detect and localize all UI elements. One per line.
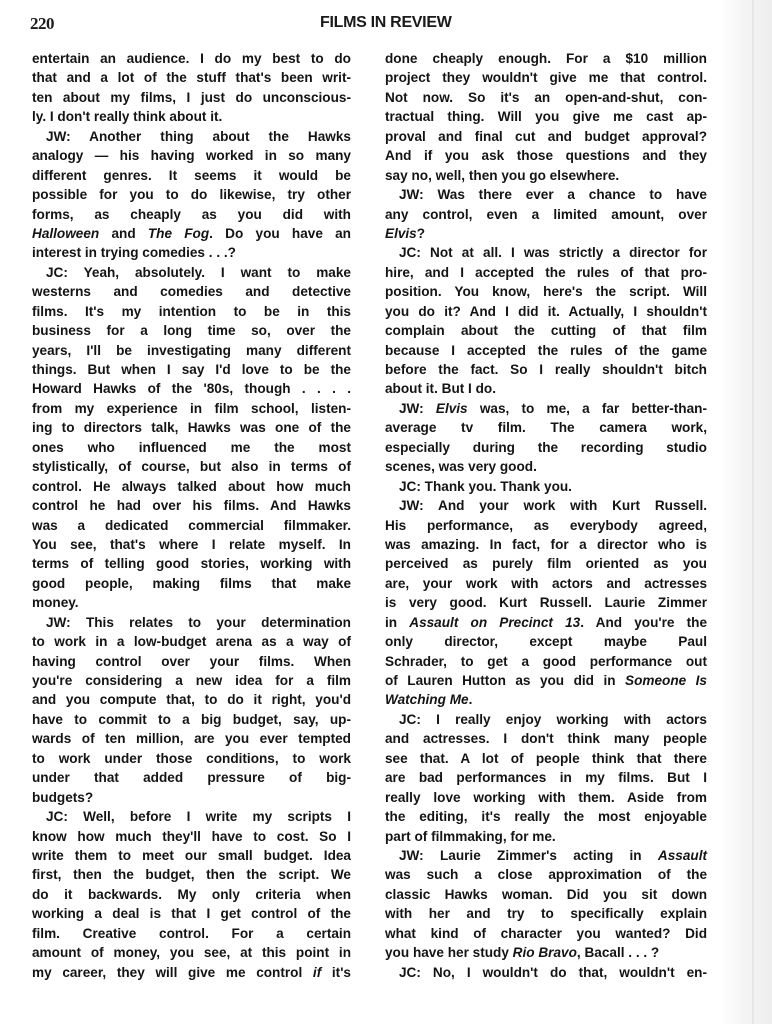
text-line: His performance, as everybody agreed, <box>385 516 707 535</box>
text-line: before the fact. So I really shouldn't b… <box>385 360 707 379</box>
text-line: of Lauren Hutton as you did in Someone I… <box>385 671 707 690</box>
text-line: part of filmmaking, for me. <box>385 827 707 846</box>
text-line: JW: Was there ever a chance to have <box>385 185 707 204</box>
text-line: under that added pressure of big- <box>32 768 351 787</box>
text-run: JW: Laurie Zimmer's acting in <box>399 848 658 863</box>
text-line: budgets? <box>32 788 351 807</box>
text-line: to work under those conditions, to work <box>32 749 351 768</box>
text-line: amount of money, you see, at this point … <box>32 943 351 962</box>
text-line: project they wouldn't give me that contr… <box>385 68 707 87</box>
text-line: JC: No, I wouldn't do that, wouldn't en- <box>385 963 707 982</box>
text-line: perceived as purely film oriented as you <box>385 554 707 573</box>
text-line: that and a lot of the stuff that's been … <box>32 68 351 87</box>
text-line: films. It's my intention to be in this <box>32 302 351 321</box>
text-line: JW: Another thing about the Hawks <box>32 127 351 146</box>
text-line: see that. A lot of people think that the… <box>385 749 707 768</box>
text-line: with her and try to specifically explain <box>385 904 707 923</box>
text-line: in Assault on Precinct 13. And you're th… <box>385 613 707 632</box>
text-line: position. You know, here's the script. W… <box>385 282 707 301</box>
text-line: and you compute that, to do it right, yo… <box>32 690 351 709</box>
text-line: about it. But I do. <box>385 379 707 398</box>
text-line: have to commit to a big budget, say, up- <box>32 710 351 729</box>
text-line: to work in a low-budget arena as a way o… <box>32 632 351 651</box>
text-run: was, to me, a far better-than- <box>468 401 707 416</box>
text-line: having control over your films. When <box>32 652 351 671</box>
text-line: hire, and I accepted the rules of that p… <box>385 263 707 282</box>
magazine-page: 220 FILMS IN REVIEW entertain an audienc… <box>0 0 772 1024</box>
text-line: you're considering a new idea for a film <box>32 671 351 690</box>
text-line: classic Hawks woman. Did you sit down <box>385 885 707 904</box>
text-line: Elvis? <box>385 224 707 243</box>
text-line: Howard Hawks of the '80s, though . . . . <box>32 379 351 398</box>
italic-title: Elvis <box>385 226 417 241</box>
text-line: was amazing. In fact, for a director who… <box>385 535 707 554</box>
text-line: And if you ask those questions and they <box>385 146 707 165</box>
text-line: possible for you to do likewise, try oth… <box>32 185 351 204</box>
text-line: ing to directors talk, Hawks was one of … <box>32 418 351 437</box>
text-line: was a dedicated commercial filmmaker. <box>32 516 351 535</box>
text-line: Watching Me. <box>385 690 707 709</box>
text-line: say no, well, then you go elsewhere. <box>385 166 707 185</box>
text-run: , Bacall . . . ? <box>577 945 659 960</box>
italic-title: if <box>313 965 321 980</box>
text-line: entertain an audience. I do my best to d… <box>32 49 351 68</box>
text-run: JW: <box>399 401 436 416</box>
italic-title: Assault on Precinct 13 <box>409 615 580 630</box>
text-line: JC: Thank you. Thank you. <box>385 477 707 496</box>
text-line: stylistically, of course, but also in te… <box>32 457 351 476</box>
text-line: westerns and comedies and detective <box>32 282 351 301</box>
text-line: scenes, was very good. <box>385 457 707 476</box>
text-line: different genres. It seems it would be <box>32 166 351 185</box>
text-run: it's <box>321 965 351 980</box>
text-run: in <box>385 615 409 630</box>
text-line: especially during the recording studio <box>385 438 707 457</box>
text-line: You see, that's where I relate myself. I… <box>32 535 351 554</box>
text-line: control. He always talked about how much <box>32 477 351 496</box>
text-line: things. But when I say I'd love to be th… <box>32 360 351 379</box>
text-line: ones who influenced me the most <box>32 438 351 457</box>
text-line: control he had over his films. And Hawks <box>32 496 351 515</box>
text-line: JW: And your work with Kurt Russell. <box>385 496 707 515</box>
text-line: Halloween and The Fog. Do you have an <box>32 224 351 243</box>
text-line: good people, making films that make <box>32 574 351 593</box>
text-line: any control, even a limited amount, over <box>385 205 707 224</box>
text-line: first, then the budget, then the script.… <box>32 865 351 884</box>
text-line: tractual thing. Will you give me cast ap… <box>385 107 707 126</box>
text-line: money. <box>32 593 351 612</box>
text-run: . <box>469 692 473 707</box>
right-text-column: done cheaply enough. For a $10 millionpr… <box>385 49 707 982</box>
italic-title: Assault <box>658 848 707 863</box>
text-line: what kind of character you wanted? Did <box>385 924 707 943</box>
text-line: forms, as cheaply as you did with <box>32 205 351 224</box>
italic-title: Someone Is <box>625 673 707 688</box>
text-line: terms of telling good stories, working w… <box>32 554 351 573</box>
italic-title: Halloween <box>32 226 99 241</box>
text-line: really love working with them. Aside fro… <box>385 788 707 807</box>
text-line: analogy — his having worked in so many <box>32 146 351 165</box>
italic-title: Rio Bravo <box>513 945 577 960</box>
text-line: because I accepted the rules of the game <box>385 341 707 360</box>
text-line: ten about my films, I just do unconsciou… <box>32 88 351 107</box>
text-line: complain about the cutting of that film <box>385 321 707 340</box>
page-header: 220 FILMS IN REVIEW <box>30 12 730 36</box>
text-line: are, your work with actors and actresses <box>385 574 707 593</box>
text-run: of Lauren Hutton as you did in <box>385 673 625 688</box>
text-line: ly. I don't really think about it. <box>32 107 351 126</box>
text-run: my career, they will give me control <box>32 965 313 980</box>
text-line: Schrader, to get a good performance out <box>385 652 707 671</box>
text-run: . Do you have an <box>209 226 351 241</box>
text-run: and <box>99 226 148 241</box>
text-line: average tv film. The camera work, <box>385 418 707 437</box>
text-line: JC: Yeah, absolutely. I want to make <box>32 263 351 282</box>
text-line: from my experience in film school, liste… <box>32 399 351 418</box>
text-line: business for a long time so, over the <box>32 321 351 340</box>
text-line: proval and final cut and budget approval… <box>385 127 707 146</box>
text-line: write them to meet our small budget. Ide… <box>32 846 351 865</box>
text-line: you have her study Rio Bravo, Bacall . .… <box>385 943 707 962</box>
text-run: . And you're the <box>580 615 707 630</box>
text-line: are bad performances in my films. But I <box>385 768 707 787</box>
text-line: JW: This relates to your determination <box>32 613 351 632</box>
running-title: FILMS IN REVIEW <box>320 14 452 32</box>
page-number: 220 <box>30 14 54 34</box>
text-line: you do it? And I did it. Actually, I sho… <box>385 302 707 321</box>
text-line: only director, except maybe Paul <box>385 632 707 651</box>
text-line: JW: Laurie Zimmer's acting in Assault <box>385 846 707 865</box>
text-line: and actresses. I don't think many people <box>385 729 707 748</box>
text-run: ? <box>417 226 425 241</box>
text-line: do it backwards. My only criteria when <box>32 885 351 904</box>
text-line: is very good. Kurt Russell. Laurie Zimme… <box>385 593 707 612</box>
text-line: the editing, it's really the most enjoya… <box>385 807 707 826</box>
text-line: JW: Elvis was, to me, a far better-than- <box>385 399 707 418</box>
text-line: done cheaply enough. For a $10 million <box>385 49 707 68</box>
italic-title: The Fog <box>148 226 209 241</box>
text-line: Not now. So it's an open-and-shut, con- <box>385 88 707 107</box>
text-line: JC: Well, before I write my scripts I <box>32 807 351 826</box>
text-line: years, I'll be investigating many differ… <box>32 341 351 360</box>
text-line: film. Creative control. For a certain <box>32 924 351 943</box>
text-line: JC: Not at all. I was strictly a directo… <box>385 243 707 262</box>
text-line: wards of ten million, are you ever tempt… <box>32 729 351 748</box>
italic-title: Elvis <box>436 401 468 416</box>
text-line: was such a close approximation of the <box>385 865 707 884</box>
page-edge-shadow <box>752 0 754 1024</box>
text-line: working a deal is that I get control of … <box>32 904 351 923</box>
text-line: know how much they'll have to cost. So I <box>32 827 351 846</box>
italic-title: Watching Me <box>385 692 469 707</box>
text-line: JC: I really enjoy working with actors <box>385 710 707 729</box>
text-line: my career, they will give me control if … <box>32 963 351 982</box>
left-text-column: entertain an audience. I do my best to d… <box>32 49 351 982</box>
text-line: interest in trying comedies . . .? <box>32 243 351 262</box>
text-run: you have her study <box>385 945 513 960</box>
